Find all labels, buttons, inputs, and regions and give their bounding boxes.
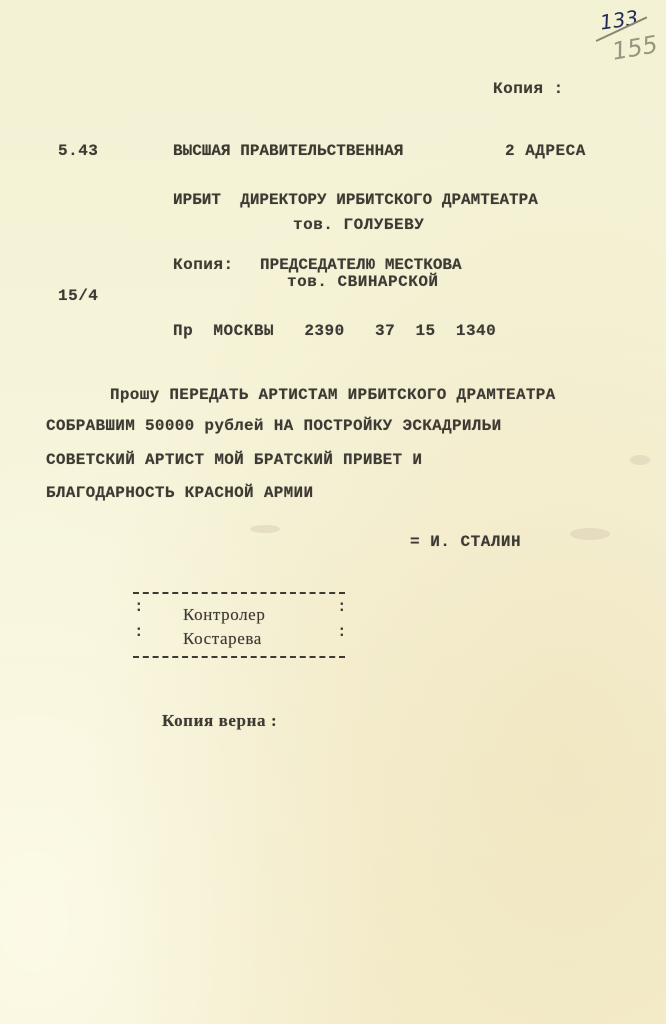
copy-to-label: Копия: [173, 256, 234, 274]
body-line-4: БЛАГОДАРНОСТЬ КРАСНОЙ АРМИИ [46, 484, 313, 502]
paper-stain [570, 528, 610, 540]
origin-line: Пр МОСКВЫ 2390 37 15 1340 [173, 322, 496, 340]
date-code: 15/4 [58, 287, 98, 305]
stamp-title: Контролер [183, 605, 265, 625]
stamp-colon: : [337, 623, 347, 641]
recipient-name: тов. ГОЛУБЕВУ [293, 216, 424, 234]
stamp-colon: : [134, 623, 144, 641]
copy-label: Копия : [493, 80, 564, 98]
paper-stain [630, 455, 650, 465]
recipient-line: ИРБИТ ДИРЕКТОРУ ИРБИТСКОГО ДРАМТЕАТРА [173, 191, 538, 209]
stamp-top-border [133, 592, 345, 594]
time-code: 5.43 [58, 142, 98, 160]
copy-to-line: ПРЕДСЕДАТЕЛЮ МЕСТКОВА [260, 256, 462, 274]
stamp-bottom-border [133, 656, 345, 658]
body-line-2: СОБРАВШИМ 50000 рублей НА ПОСТРОЙКУ ЭСКА… [46, 417, 501, 435]
certified-copy-label: Копия верна : [162, 711, 277, 731]
signature: = И. СТАЛИН [410, 533, 521, 551]
stamp-name: Костарева [183, 629, 262, 649]
copy-to-name: тов. СВИНАРСКОЙ [287, 273, 439, 291]
body-line-1: Прошу ПЕРЕДАТЬ АРТИСТАМ ИРБИТСКОГО ДРАМТ… [110, 386, 556, 404]
document-page: 133 155 Копия : 5.43 ВЫСШАЯ ПРАВИТЕЛЬСТВ… [0, 0, 666, 1024]
stamp-colon: : [337, 598, 347, 616]
priority-category: ВЫСШАЯ ПРАВИТЕЛЬСТВЕННАЯ [173, 142, 403, 160]
stamp-colon: : [134, 598, 144, 616]
old-folio-number: 155 [610, 30, 660, 66]
paper-stain [250, 525, 280, 533]
address-count: 2 АДРЕСА [505, 142, 586, 160]
body-line-3: СОВЕТСКИЙ АРТИСТ МОЙ БРАТСКИЙ ПРИВЕТ И [46, 451, 422, 469]
